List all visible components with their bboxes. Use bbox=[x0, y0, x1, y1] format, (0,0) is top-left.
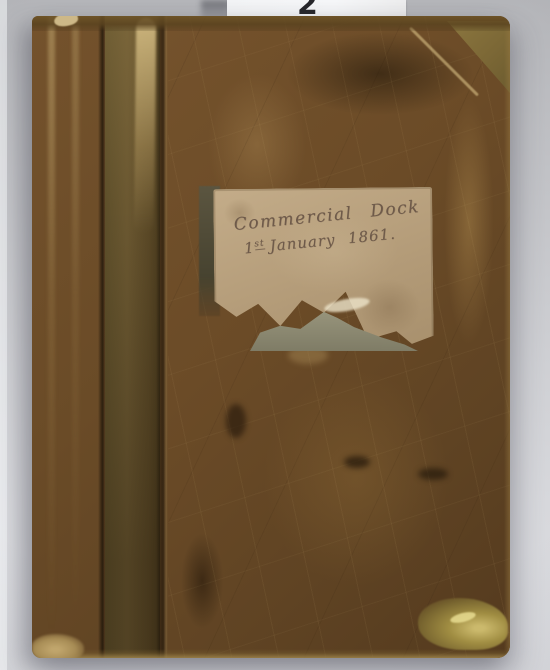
spine-bottom-wear bbox=[32, 634, 84, 658]
cover-top-edge bbox=[32, 16, 510, 31]
dark-stain bbox=[226, 404, 246, 438]
dark-stain bbox=[418, 468, 448, 480]
photo-stage: 2 Commercial Dock 1stJanuary 1861. bbox=[0, 0, 550, 670]
label-date-ordinal: st bbox=[254, 238, 265, 250]
cover-bottom-edge bbox=[32, 649, 510, 658]
fore-edge-sheen bbox=[504, 16, 510, 658]
dark-stain bbox=[344, 456, 370, 468]
spine-highlight-streak bbox=[72, 16, 79, 632]
ledger-book: Commercial Dock 1stJanuary 1861. bbox=[32, 16, 510, 658]
cover-joint-groove bbox=[156, 16, 168, 658]
book-spine bbox=[32, 16, 105, 658]
hinge-wear-streak bbox=[134, 18, 156, 233]
spine-highlight-streak bbox=[48, 16, 55, 632]
backdrop-edge-light bbox=[0, 0, 7, 670]
